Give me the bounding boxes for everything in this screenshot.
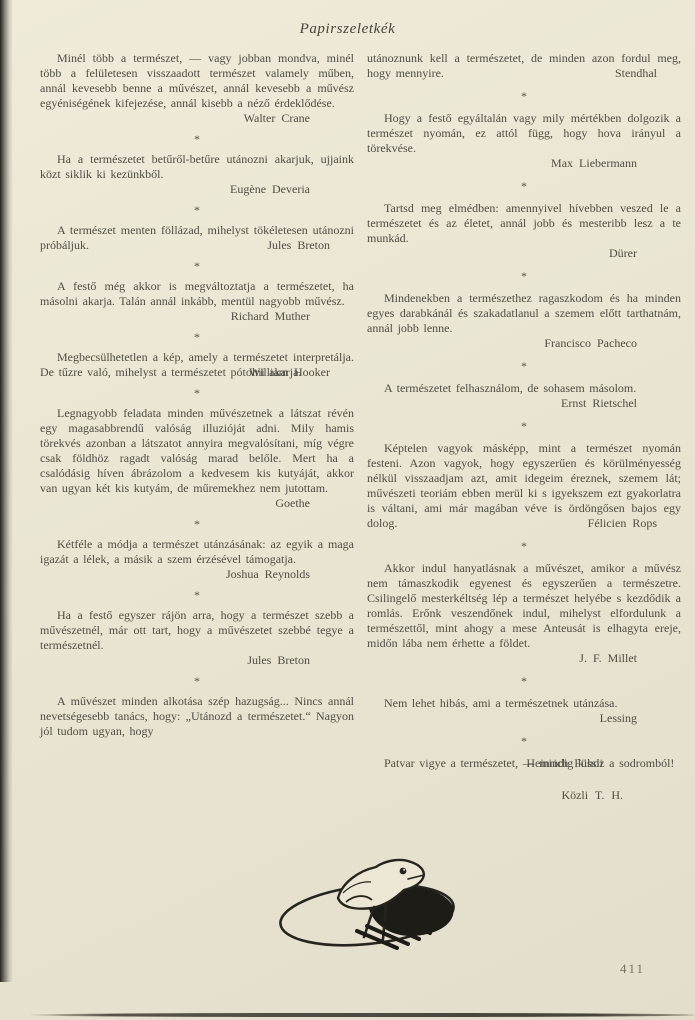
separator-asterisk: * — [367, 675, 681, 687]
quote-author: William Hooker — [249, 365, 330, 380]
quote: Mindenekben a természethez ragaszkodom é… — [367, 291, 681, 351]
separator-asterisk: * — [367, 735, 681, 747]
quote-text: Nem lehet hibás, ami a természetnek után… — [367, 696, 681, 711]
quote-author: Lessing — [367, 711, 681, 726]
separator-asterisk: * — [40, 518, 354, 530]
separator-asterisk: * — [367, 420, 681, 432]
quote-text: Tartsd meg elmédben: amennyivel hívebben… — [367, 201, 681, 246]
quote-author: Heinrich Füssli — [526, 756, 603, 771]
quote-text: A természetet felhasználom, de sohasem m… — [367, 381, 681, 396]
quote: Megbecsülhetetlen a kép, amely a termész… — [40, 350, 354, 380]
scan-edge-bottom — [30, 1013, 695, 1017]
scan-edge-left — [0, 0, 13, 982]
separator-asterisk: * — [40, 331, 354, 343]
right-column: utánoznunk kell a természetet, de minden… — [367, 51, 681, 803]
separator-asterisk: * — [367, 270, 681, 282]
quote-author: Joshua Reynolds — [40, 567, 354, 582]
quote-text: Ha a festő egyszer rájön arra, hogy a te… — [40, 608, 354, 653]
contributor-signature: Közli T. H. — [367, 788, 681, 803]
quote-author: Dürer — [367, 246, 681, 261]
page-number: 411 — [620, 961, 645, 977]
left-column: Minél több a természet, — vagy jobban mo… — [40, 51, 354, 803]
separator-asterisk: * — [367, 180, 681, 192]
quote-text: Akkor indul hanyatlásnak a művészet, ami… — [367, 561, 681, 651]
quote-text: Ha a természetet betűről-betűre utánozni… — [40, 152, 354, 182]
quote-author: Walter Crane — [40, 111, 354, 126]
quote-text: Kétféle a módja a természet utánzásának:… — [40, 537, 354, 567]
quote-author: Francisco Pacheco — [367, 336, 681, 351]
two-column-text: Minél több a természet, — vagy jobban mo… — [0, 38, 695, 803]
quote-author: Ernst Rietschel — [367, 396, 681, 411]
separator-asterisk: * — [40, 589, 354, 601]
quote: Patvar vigye a természetet, — mindig kih… — [367, 756, 681, 771]
quote: Minél több a természet, — vagy jobban mo… — [40, 51, 354, 126]
scanned-book-page: Papirszeletkék Minél több a természet, —… — [0, 0, 695, 1020]
separator-asterisk: * — [40, 387, 354, 399]
quote: Ha a festő egyszer rájön arra, hogy a te… — [40, 608, 354, 668]
quote-text: Hogy a festő egyáltalán vagy mily mérték… — [367, 111, 681, 156]
quote: A festő még akkor is megváltoztatja a te… — [40, 279, 354, 324]
separator-asterisk: * — [367, 360, 681, 372]
frog-illustration — [247, 851, 479, 965]
quote-continuation: utánoznunk kell a természetet, de minden… — [367, 51, 681, 81]
separator-asterisk: * — [40, 133, 354, 145]
separator-asterisk: * — [40, 675, 354, 687]
quote: Kétféle a módja a természet utánzásának:… — [40, 537, 354, 582]
quote-text: Legnagyobb feladata minden művészetnek a… — [40, 406, 354, 496]
quote: A természet menten föllázad, mihelyst tö… — [40, 223, 354, 253]
quote: Képtelen vagyok másképp, mint a természe… — [367, 441, 681, 531]
quote: Hogy a festő egyáltalán vagy mily mérték… — [367, 111, 681, 171]
separator-asterisk: * — [367, 540, 681, 552]
quote-author: Jules Breton — [267, 238, 330, 253]
quote-text: A művészet minden alkotása szép hazugság… — [40, 694, 354, 739]
separator-asterisk: * — [367, 90, 681, 102]
separator-asterisk: * — [40, 260, 354, 272]
separator-asterisk: * — [40, 204, 354, 216]
quote-text: A festő még akkor is megváltoztatja a te… — [40, 279, 354, 309]
quote-author: Stendhal — [615, 66, 657, 81]
quote-author: Goethe — [40, 496, 354, 511]
quote: Legnagyobb feladata minden művészetnek a… — [40, 406, 354, 511]
page-title: Papirszeletkék — [0, 0, 695, 38]
quote-author: J. F. Millet — [367, 651, 681, 666]
quote-author: Félicien Rops — [588, 516, 657, 531]
quote-author: Max Liebermann — [367, 156, 681, 171]
quote: Tartsd meg elmédben: amennyivel hívebben… — [367, 201, 681, 261]
quote: A természetet felhasználom, de sohasem m… — [367, 381, 681, 411]
quote-author: Richard Muther — [40, 309, 354, 324]
quote: Akkor indul hanyatlásnak a művészet, ami… — [367, 561, 681, 666]
quote-text: Mindenekben a természethez ragaszkodom é… — [367, 291, 681, 336]
quote-text: Minél több a természet, — vagy jobban mo… — [40, 51, 354, 111]
quote-continued-to-next-column: A művészet minden alkotása szép hazugság… — [40, 694, 354, 739]
quote: Nem lehet hibás, ami a természetnek után… — [367, 696, 681, 726]
quote-author: Eugène Deveria — [40, 182, 354, 197]
quote: Ha a természetet betűről-betűre utánozni… — [40, 152, 354, 197]
quote-text: Patvar vigye a természetet, — mindig kih… — [367, 756, 681, 771]
quote-author: Jules Breton — [40, 653, 354, 668]
